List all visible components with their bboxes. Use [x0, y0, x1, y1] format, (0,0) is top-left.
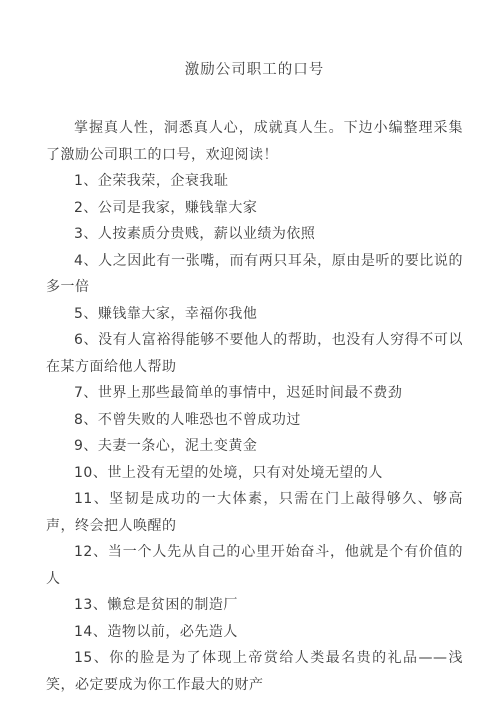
document-body: 掌握真人性，洞悉真人心，成就真人生。下边小编整理采集了激励公司职工的口号，欢迎阅…: [46, 115, 463, 698]
slogan-item: 13、懒怠是贫困的制造厂: [46, 592, 463, 619]
slogan-item: 15、你的脸是为了体现上帝赏给人类最名贵的礼品——浅笑，必定要成为你工作最大的财…: [46, 645, 463, 698]
intro-paragraph: 掌握真人性，洞悉真人心，成就真人生。下边小编整理采集了激励公司职工的口号，欢迎阅…: [46, 115, 463, 168]
slogan-item: 6、没有人富裕得能够不要他人的帮助，也没有人穷得不可以在某方面给他人帮助: [46, 327, 463, 380]
slogan-item: 9、夫妻一条心，泥土变黄金: [46, 433, 463, 460]
slogan-item: 11、坚韧是成功的一大体素，只需在门上敲得够久、够高声，终会把人唤醒的: [46, 486, 463, 539]
slogan-item: 7、世界上那些最简单的事情中，迟延时间最不费劲: [46, 380, 463, 407]
slogan-item: 12、当一个人先从自己的心里开始奋斗，他就是个有价值的人: [46, 539, 463, 592]
slogan-item: 8、不曾失败的人唯恐也不曾成功过: [46, 407, 463, 434]
slogan-item: 10、世上没有无望的处境，只有对处境无望的人: [46, 460, 463, 487]
document-title: 激励公司职工的口号: [46, 58, 463, 79]
slogan-item: 2、公司是我家，赚钱靠大家: [46, 195, 463, 222]
slogan-item: 14、造物以前，必先造人: [46, 619, 463, 646]
slogan-item: 4、人之因此有一张嘴，而有两只耳朵，原由是听的要比说的多一倍: [46, 248, 463, 301]
slogan-list: 1、企荣我荣，企衰我耻2、公司是我家，赚钱靠大家3、人按素质分贵贱，薪以业绩为依…: [46, 168, 463, 698]
slogan-item: 1、企荣我荣，企衰我耻: [46, 168, 463, 195]
slogan-item: 3、人按素质分贵贱，薪以业绩为依照: [46, 221, 463, 248]
slogan-item: 5、赚钱靠大家，幸福你我他: [46, 301, 463, 328]
document-page: 激励公司职工的口号 掌握真人性，洞悉真人心，成就真人生。下边小编整理采集了激励公…: [0, 0, 500, 708]
